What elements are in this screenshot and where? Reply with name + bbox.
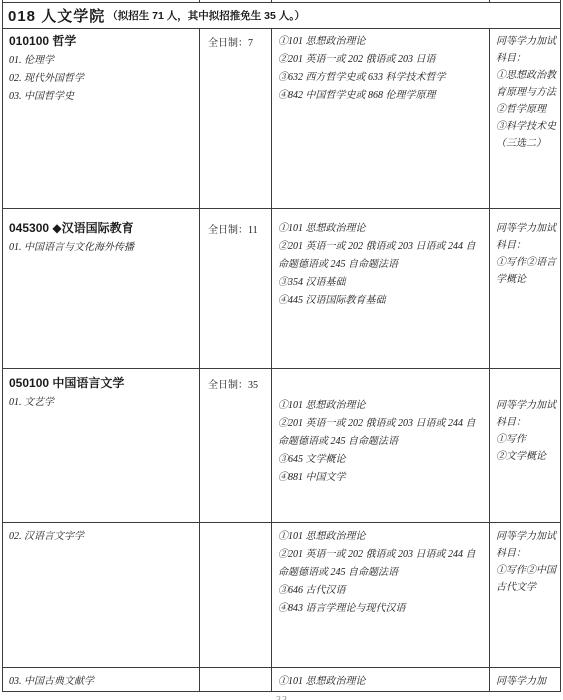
subject-item: ④843 语言学理论与现代汉语	[278, 600, 485, 618]
mode-cell	[200, 668, 272, 691]
program-cell: 050100 中国语言文学 01. 文艺学	[3, 369, 200, 522]
extra-requirement-line: ②文学概论	[496, 448, 556, 465]
subject-item: ③645 文学概论	[278, 451, 485, 469]
table-row: 010100 哲学 01. 伦理学02. 现代外国哲学03. 中国哲学史 全日制…	[3, 29, 560, 209]
program-cell: 045300 ◆汉语国际教育 01. 中国语言与文化海外传播	[3, 209, 200, 368]
document-page: 018 人文学院 （拟招生 71 人，其中拟招推免生 35 人。） 010100…	[0, 0, 563, 700]
subject-item: ④842 中国哲学史或 868 伦理学原理	[278, 87, 485, 105]
program-cell: 03. 中国古典文献学	[3, 668, 200, 691]
subject-item: ④445 汉语国际教育基础	[278, 292, 485, 310]
extra-cell: 同等学力加	[490, 668, 560, 691]
extra-requirement-line: 同等学力加试科目：	[496, 528, 556, 562]
direction-list: 01. 文艺学	[9, 394, 195, 412]
extra-requirement-line: 同等学力加试科目：	[496, 33, 556, 67]
table-row: 02. 汉语言文字学 ①101 思想政治理论②201 英语一或 202 俄语或 …	[3, 523, 560, 668]
extra-requirement-line: ①写作②语言学概论	[496, 254, 556, 288]
table-header-row: 018 人文学院 （拟招生 71 人，其中拟招推免生 35 人。）	[3, 3, 560, 29]
direction-list: 01. 中国语言与文化海外传播	[9, 239, 195, 257]
mode-cell: 全日制：7	[200, 29, 272, 208]
direction-item: 03. 中国古典文献学	[9, 673, 195, 691]
extra-requirement-line: 同等学力加试科目：	[496, 397, 556, 431]
subject-item: ②201 英语一或 202 俄语或 203 日语	[278, 51, 485, 69]
extra-requirement-line: ①写作②中国古代文学	[496, 562, 556, 596]
table-row: 050100 中国语言文学 01. 文艺学 全日制：35 ①101 思想政治理论…	[3, 369, 560, 523]
program-code: 045300 ◆汉语国际教育	[9, 220, 195, 237]
subject-item: ②201 英语一或 202 俄语或 203 日语或 244 自命题德语或 245…	[278, 238, 485, 274]
subject-item: ②201 英语一或 202 俄语或 203 日语或 244 自命题德语或 245…	[278, 415, 485, 451]
subject-item: ③646 古代汉语	[278, 582, 485, 600]
program-cell: 010100 哲学 01. 伦理学02. 现代外国哲学03. 中国哲学史	[3, 29, 200, 208]
program-code: 050100 中国语言文学	[9, 375, 195, 392]
direction-item: 01. 文艺学	[9, 394, 195, 412]
table-row: 045300 ◆汉语国际教育 01. 中国语言与文化海外传播 全日制：11 ①1…	[3, 209, 560, 369]
extra-cell: 同等学力加试科目：①写作②中国古代文学	[490, 523, 560, 667]
mode-cell: 全日制：35	[200, 369, 272, 522]
subjects-cell: ①101 思想政治理论②201 英语一或 202 俄语或 203 日语或 244…	[272, 369, 490, 522]
subject-item: ④881 中国文学	[278, 469, 485, 487]
extra-requirement-line: 同等学力加试科目：	[496, 220, 556, 254]
extra-cell: 同等学力加试科目：①思想政治教育原理与方法 ②哲学原理 ③科学技术史（三选二）	[490, 29, 560, 208]
subjects-cell: ①101 思想政治理论②201 英语一或 202 俄语或 203 日语③632 …	[272, 29, 490, 208]
table-body: 010100 哲学 01. 伦理学02. 现代外国哲学03. 中国哲学史 全日制…	[3, 29, 560, 691]
extra-requirement-line: ①写作	[496, 431, 556, 448]
mode-cell	[200, 523, 272, 667]
direction-list: 01. 伦理学02. 现代外国哲学03. 中国哲学史	[9, 52, 195, 106]
mode-label: 全日制：35	[208, 380, 258, 391]
direction-item: 02. 现代外国哲学	[9, 70, 195, 88]
page-number: 33	[276, 695, 288, 700]
table-row: 03. 中国古典文献学 ①101 思想政治理论 同等学力加	[3, 668, 560, 691]
admissions-table: 018 人文学院 （拟招生 71 人，其中拟招推免生 35 人。） 010100…	[2, 2, 561, 692]
extra-requirement-line: ①思想政治教育原理与方法 ②哲学原理 ③科学技术史（三选二）	[496, 67, 556, 152]
direction-list: 02. 汉语言文字学	[9, 528, 195, 546]
subjects-cell: ①101 思想政治理论	[272, 668, 490, 691]
extra-cell: 同等学力加试科目：①写作②文学概论	[490, 369, 560, 522]
subjects-cell: ①101 思想政治理论②201 英语一或 202 俄语或 203 日语或 244…	[272, 209, 490, 368]
subject-item: ①101 思想政治理论	[278, 673, 485, 691]
direction-list: 03. 中国古典文献学	[9, 673, 195, 691]
extra-requirement-line: 同等学力加	[496, 673, 556, 690]
subject-item: ③632 西方哲学史或 633 科学技术哲学	[278, 69, 485, 87]
extra-cell: 同等学力加试科目：①写作②语言学概论	[490, 209, 560, 368]
direction-item: 01. 中国语言与文化海外传播	[9, 239, 195, 257]
subject-item: ②201 英语一或 202 俄语或 203 日语或 244 自命题德语或 245…	[278, 546, 485, 582]
mode-label: 全日制：7	[208, 38, 253, 49]
subject-item: ①101 思想政治理论	[278, 397, 485, 415]
subject-item: ①101 思想政治理论	[278, 528, 485, 546]
direction-item: 03. 中国哲学史	[9, 88, 195, 106]
subject-item: ①101 思想政治理论	[278, 220, 485, 238]
subjects-cell: ①101 思想政治理论②201 英语一或 202 俄语或 203 日语或 244…	[272, 523, 490, 667]
subject-item: ①101 思想政治理论	[278, 33, 485, 51]
direction-item: 02. 汉语言文字学	[9, 528, 195, 546]
program-code: 010100 哲学	[9, 33, 195, 50]
mode-cell: 全日制：11	[200, 209, 272, 368]
direction-item: 01. 伦理学	[9, 52, 195, 70]
mode-label: 全日制：11	[208, 225, 258, 236]
college-title: 018 人文学院	[8, 5, 105, 26]
program-cell: 02. 汉语言文字学	[3, 523, 200, 667]
enrollment-note: （拟招生 71 人，其中拟招推免生 35 人。）	[107, 8, 305, 23]
subject-item: ③354 汉语基础	[278, 274, 485, 292]
